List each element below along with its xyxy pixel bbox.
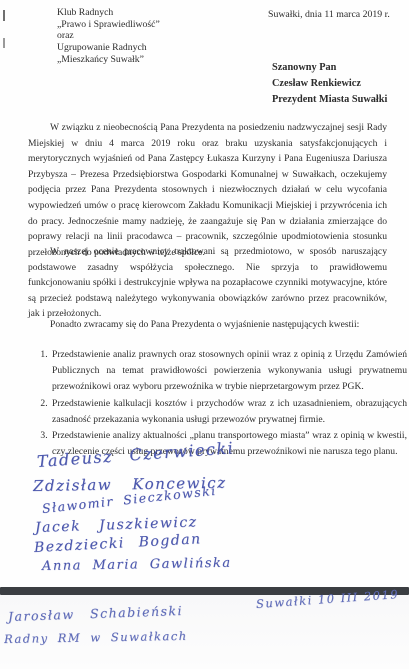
scan-artifact: [3, 10, 5, 21]
request-item-1: Przedstawienie analiz prawnych oraz stos…: [50, 347, 407, 396]
sender-block: Klub Radnych „Prawo i Sprawiedliwość” or…: [57, 7, 160, 66]
body-paragraph-1: W związku z nieobecnością Pana Prezydent…: [28, 120, 387, 260]
requests-intro: Ponadto zwracamy się do Pana Prezydenta …: [28, 317, 387, 333]
scanned-letter-page: Klub Radnych „Prawo i Sprawiedliwość” or…: [0, 0, 409, 669]
addressee-name: Czesław Renkiewicz: [272, 76, 387, 92]
addressee-title: Prezydent Miasta Suwałki: [272, 92, 387, 108]
scan-artifact: [3, 38, 5, 48]
letter-date-line: Suwałki, dnia 11 marca 2019 r.: [268, 9, 390, 20]
sender-line: Klub Radnych: [57, 7, 160, 19]
sender-line: oraz: [57, 30, 160, 42]
sender-line: „Prawo i Sprawiedliwość”: [57, 19, 160, 31]
sender-line: „Mieszkańcy Suwałk”: [57, 54, 160, 66]
addressee-salutation: Szanowny Pan: [272, 60, 387, 76]
sender-line: Ugrupowanie Radnych: [57, 42, 160, 54]
body-paragraph-2: W naszej ocenie pracownicy traktowani są…: [28, 244, 387, 322]
request-item-2: Przedstawienie kalkulacji kosztów i przy…: [50, 396, 407, 428]
addressee-block: Szanowny Pan Czesław Renkiewicz Prezyden…: [272, 60, 387, 107]
handwritten-signature: Anna Maria Gawlińska: [42, 556, 232, 574]
